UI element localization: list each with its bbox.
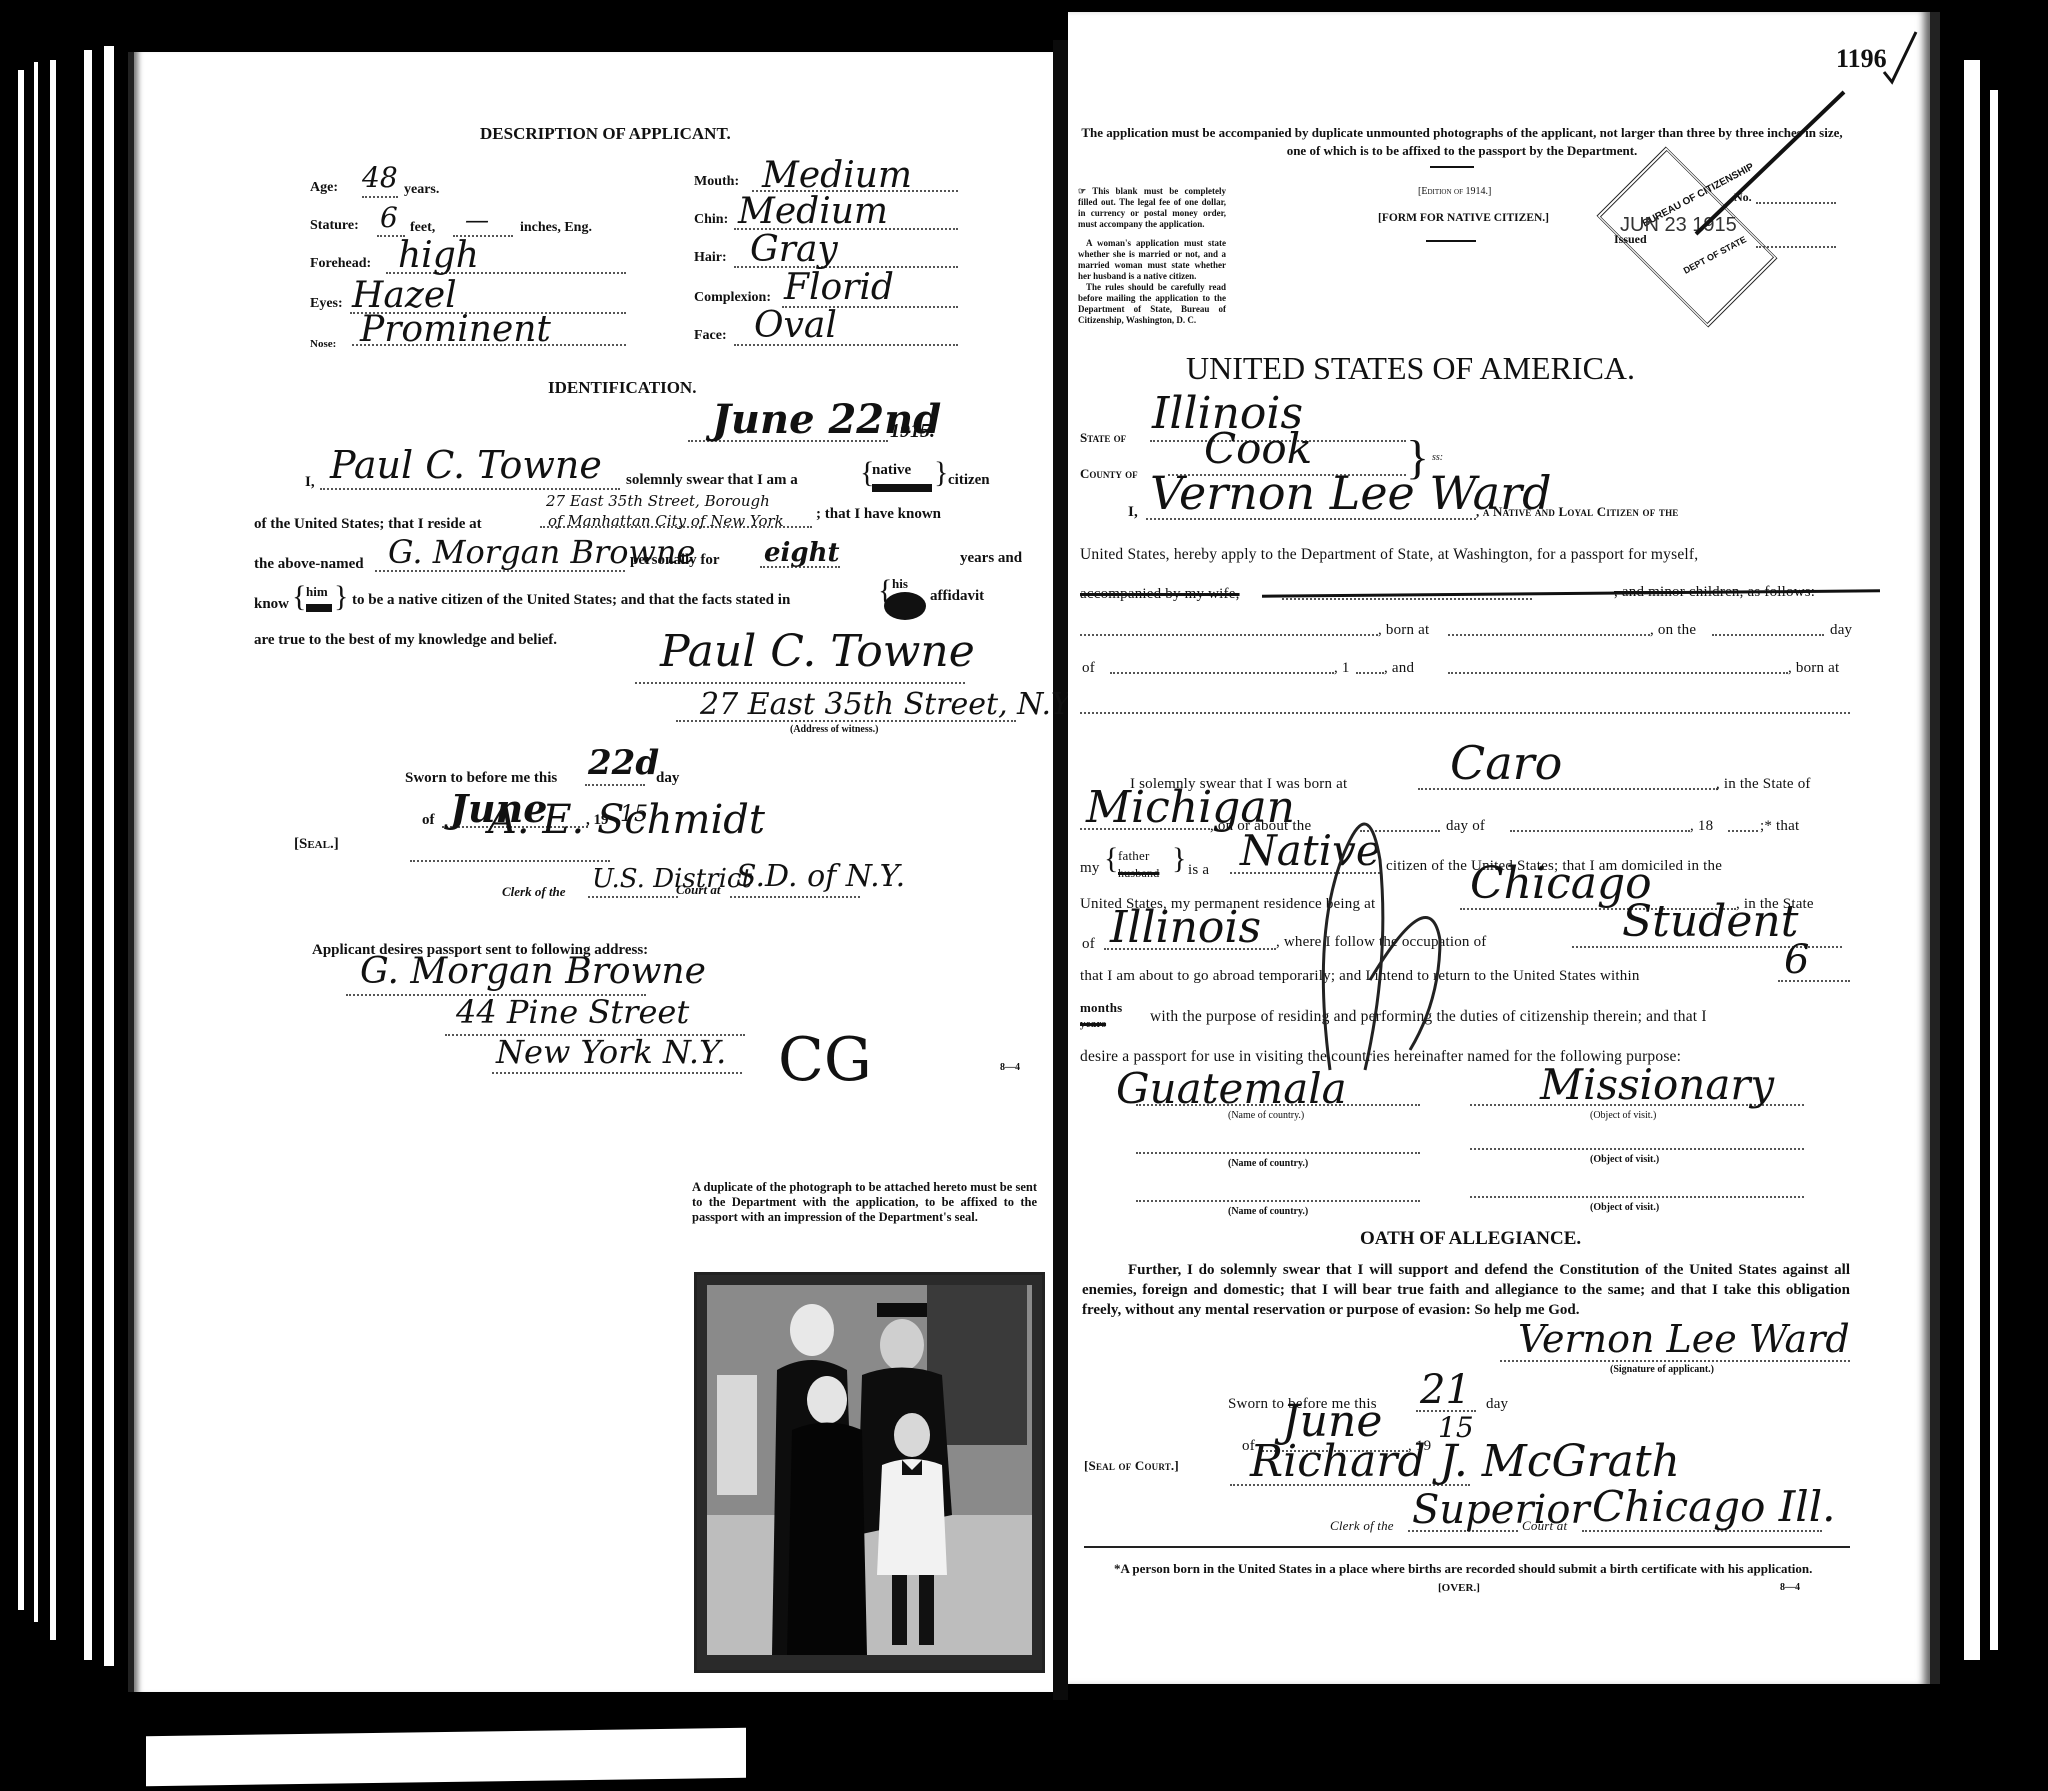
- stature-value: 6: [380, 204, 398, 232]
- photo-note: A duplicate of the photograph to be atta…: [692, 1180, 1037, 1225]
- child-line: [1080, 634, 1378, 636]
- left-clerk-signature: A. E. Schmidt: [488, 800, 765, 840]
- residence-of: of: [1082, 936, 1095, 953]
- left-of-label: of: [422, 812, 435, 829]
- forehead-value: high: [398, 238, 479, 274]
- mailing-initials: CG: [778, 1030, 872, 1090]
- family-photo-image: [697, 1275, 1042, 1670]
- mouth-label: Mouth:: [694, 174, 739, 190]
- native-option: native: [872, 462, 911, 479]
- state-label: State of: [1080, 430, 1126, 446]
- destination-object-1: Missionary: [1540, 1064, 1774, 1106]
- id-line4-know: know: [254, 596, 289, 613]
- inches-value: —: [465, 208, 489, 232]
- side-note-1: ☞ This blank must be completely filled o…: [1078, 186, 1226, 230]
- country-caption: (Name of country.): [1228, 1110, 1304, 1121]
- issued-label: Issued: [1614, 232, 1647, 247]
- residence-state: Illinois: [1110, 906, 1261, 950]
- occupation: Student: [1622, 900, 1798, 944]
- left-sworn-day-suffix: day: [656, 770, 679, 787]
- day-label: day: [1830, 622, 1852, 639]
- page-edges-left: [84, 50, 92, 1660]
- age-suffix: years.: [404, 182, 439, 198]
- footnote: *A person born in the United States in a…: [1084, 1560, 1850, 1577]
- age-value: 48: [362, 164, 398, 192]
- id-line3-mid: personally for: [630, 552, 720, 569]
- witness-sign-line: [635, 682, 965, 684]
- native-loyal-text: , a Native and Loyal Citizen of the: [1476, 504, 1678, 520]
- abroad-unit: months: [1080, 1000, 1122, 1016]
- i-label: I,: [1128, 504, 1138, 521]
- face-value: Oval: [754, 308, 837, 344]
- birth-month-line: [1510, 830, 1690, 832]
- id-line4-end: affidavit: [930, 588, 984, 605]
- pen-stroke: [1690, 88, 1850, 238]
- complexion-label: Complexion:: [694, 290, 771, 306]
- ink-flourish: [1310, 800, 1460, 1080]
- edition-label: [Edition of 1914.]: [1418, 186, 1491, 197]
- brace: }: [934, 456, 948, 490]
- country-caption: (Name of country.): [1228, 1158, 1308, 1169]
- left-day-line: [585, 784, 645, 786]
- id-line2-end: ; that I have known: [816, 506, 941, 523]
- nose-label: Nose:: [310, 338, 336, 350]
- witness-name-line: [320, 488, 620, 490]
- right-court-location: Chicago Ill.: [1592, 1486, 1836, 1528]
- left-seal-label: [Seal.]: [294, 836, 339, 853]
- object-caption: (Object of visit.): [1590, 1110, 1656, 1121]
- apply-line: United States, hereby apply to the Depar…: [1080, 546, 1698, 564]
- wife-line: [1282, 598, 1532, 600]
- clerk-sign-line: [410, 860, 610, 862]
- mail-line-3: [492, 1072, 742, 1074]
- one-label: , 1: [1334, 660, 1350, 677]
- age-label: Age:: [310, 180, 338, 196]
- right-court-at: Court at: [1522, 1518, 1567, 1534]
- child-line: [1712, 634, 1824, 636]
- applicant-signature: Vernon Lee Ward: [1518, 1320, 1850, 1358]
- right-form-code: 8—4: [1780, 1582, 1800, 1593]
- page-edges-right: [1964, 60, 1980, 1660]
- hair-label: Hair:: [694, 250, 727, 266]
- id-line1-mid: solemnly swear that I am a: [626, 472, 798, 489]
- child-line: [1448, 672, 1788, 674]
- left-form-code: 8—4: [1000, 1062, 1020, 1073]
- left-court-at: Court at: [676, 882, 720, 898]
- page-number: 1196: [1836, 44, 1887, 74]
- witness-address-caption: (Address of witness.): [790, 724, 878, 735]
- eyes-label: Eyes:: [310, 296, 343, 312]
- checkmark-icon: [1880, 28, 1920, 88]
- id-line3-end: years and: [960, 550, 1022, 567]
- object-caption: (Object of visit.): [1590, 1202, 1659, 1213]
- chin-label: Chin:: [694, 212, 728, 228]
- stature-label: Stature:: [310, 218, 359, 234]
- over-label: [OVER.]: [1438, 1582, 1480, 1594]
- mailing-line-1: G. Morgan Browne: [360, 954, 706, 990]
- witness-name: Paul C. Towne: [330, 446, 602, 484]
- years-struck: years: [1080, 1018, 1106, 1030]
- page-edges-right: [1990, 90, 1998, 1650]
- child-line: [1110, 672, 1334, 674]
- oath-heading: OATH OF ALLEGIANCE.: [1360, 1228, 1581, 1250]
- page-edges-left: [34, 62, 38, 1622]
- object-line: [1470, 1196, 1804, 1198]
- brace: {: [1104, 842, 1118, 876]
- left-clerk-prefix: Clerk of the: [502, 884, 566, 900]
- applicant-family-photo: [694, 1272, 1045, 1673]
- ss-label: ss:: [1432, 452, 1443, 463]
- signature-caption: (Signature of applicant.): [1610, 1364, 1714, 1375]
- mailing-line-2: 44 Pine Street: [456, 996, 689, 1028]
- left-sworn-prefix: Sworn to before me this: [405, 770, 557, 787]
- identification-heading: IDENTIFICATION.: [548, 378, 696, 398]
- born-at: , born at: [1378, 622, 1429, 639]
- left-sworn-day: 22d: [588, 746, 659, 780]
- forehead-label: Forehead:: [310, 256, 371, 272]
- mailing-line-3: New York N.Y.: [496, 1036, 726, 1068]
- description-heading: DESCRIPTION OF APPLICANT.: [480, 124, 731, 144]
- mouth-value: Medium: [762, 158, 912, 194]
- issued-line: [1756, 246, 1836, 248]
- county-value: Cook: [1204, 428, 1312, 470]
- id-year: 1915.: [890, 420, 935, 443]
- document-title: UNITED STATES OF AMERICA.: [1186, 350, 1635, 387]
- left-court-name: U.S. District: [592, 866, 752, 892]
- object-line: [1470, 1148, 1804, 1150]
- form-type: [FORM FOR NATIVE CITIZEN.]: [1378, 212, 1549, 224]
- right-clerk-prefix: Clerk of the: [1330, 1518, 1394, 1534]
- book-spine: [1053, 40, 1068, 1700]
- left-court-location: S.D. of N.Y.: [736, 862, 905, 892]
- birth-year-line: [1728, 830, 1758, 832]
- witness-residence-2: of Manhattan City of New York: [548, 514, 784, 529]
- divider: [1084, 1546, 1850, 1548]
- child-line: [1356, 672, 1384, 674]
- hair-value: Gray: [750, 232, 838, 268]
- right-sworn-day-suffix: day: [1486, 1396, 1508, 1413]
- husband-struck: husband: [1118, 866, 1159, 881]
- county-label: County of: [1080, 466, 1138, 482]
- id-line2: of the United States; that I reside at: [254, 516, 482, 533]
- chin-value: Medium: [738, 194, 888, 230]
- father-is-a: is a: [1188, 862, 1209, 879]
- id-i: I,: [305, 474, 315, 491]
- divider: [1430, 166, 1474, 168]
- child-line: [1448, 634, 1650, 636]
- birth-place: Caro: [1450, 740, 1562, 786]
- abroad-duration: 6: [1784, 940, 1809, 980]
- struck-naturalized: [872, 484, 932, 492]
- id-line5: are true to the best of my knowledge and…: [254, 632, 557, 649]
- pronoun-option2: his: [892, 576, 908, 592]
- brace: }: [334, 580, 348, 614]
- left-court-loc-line: [730, 896, 860, 898]
- and-label: , and: [1384, 660, 1414, 677]
- left-court-line: [588, 896, 678, 898]
- witness-address: 27 East 35th Street, N.Y.: [700, 690, 1077, 720]
- witness-signature: Paul C. Towne: [660, 630, 975, 674]
- birth-state-label: , in the State of: [1716, 776, 1811, 793]
- right-seal-label: [Seal of Court.]: [1084, 1458, 1179, 1474]
- born-at-2: , born at: [1788, 660, 1839, 677]
- country-line: [1136, 1152, 1420, 1154]
- of-label: of: [1082, 660, 1095, 677]
- nose-value: Prominent: [360, 312, 551, 348]
- brace: {: [292, 580, 306, 614]
- witness-residence-1: 27 East 35th Street, Borough: [546, 494, 770, 509]
- country-line: [1136, 1200, 1420, 1202]
- pronoun-option: him: [306, 584, 328, 600]
- father-relation: father: [1118, 848, 1150, 864]
- side-note-3: The rules should be carefully read befor…: [1078, 282, 1226, 326]
- country-caption: (Name of country.): [1228, 1206, 1308, 1217]
- years-known: eight: [764, 540, 840, 566]
- page-edges-left: [104, 46, 114, 1666]
- brace: }: [1172, 842, 1186, 876]
- stature-inches: inches, Eng.: [520, 220, 592, 236]
- id-line1-end: citizen: [948, 472, 990, 489]
- minor-children: , and minor children, as follows:: [1614, 584, 1815, 601]
- object-caption: (Object of visit.): [1590, 1154, 1659, 1165]
- child-line: [1080, 712, 1850, 714]
- page-edges-left: [18, 70, 24, 1610]
- oath-text: Further, I do solemnly swear that I will…: [1082, 1260, 1850, 1320]
- struck-her2: [884, 592, 926, 620]
- face-label: Face:: [694, 328, 727, 344]
- on-the: , on the: [1650, 622, 1696, 639]
- paper-strip: [146, 1728, 746, 1786]
- accompanied-line: accompanied by my wife,: [1080, 586, 1240, 603]
- page-edges-left: [50, 60, 56, 1640]
- id-line3: the above-named: [254, 556, 364, 573]
- birth-eighteen: , 18: [1690, 818, 1713, 835]
- complexion-value: Florid: [784, 270, 894, 306]
- age-line: [362, 196, 398, 198]
- stature-feet: feet,: [410, 220, 435, 236]
- right-sworn-day: 21: [1420, 1370, 1471, 1410]
- birth-that: ;* that: [1760, 818, 1799, 835]
- side-note-2: A woman's application must state whether…: [1078, 238, 1226, 282]
- id-line4-mid: to be a native citizen of the United Sta…: [352, 592, 790, 609]
- divider: [1426, 240, 1476, 242]
- father-my: my: [1080, 860, 1100, 877]
- right-clerk-signature: Richard J. McGrath: [1250, 1440, 1680, 1484]
- struck-her: [306, 604, 332, 612]
